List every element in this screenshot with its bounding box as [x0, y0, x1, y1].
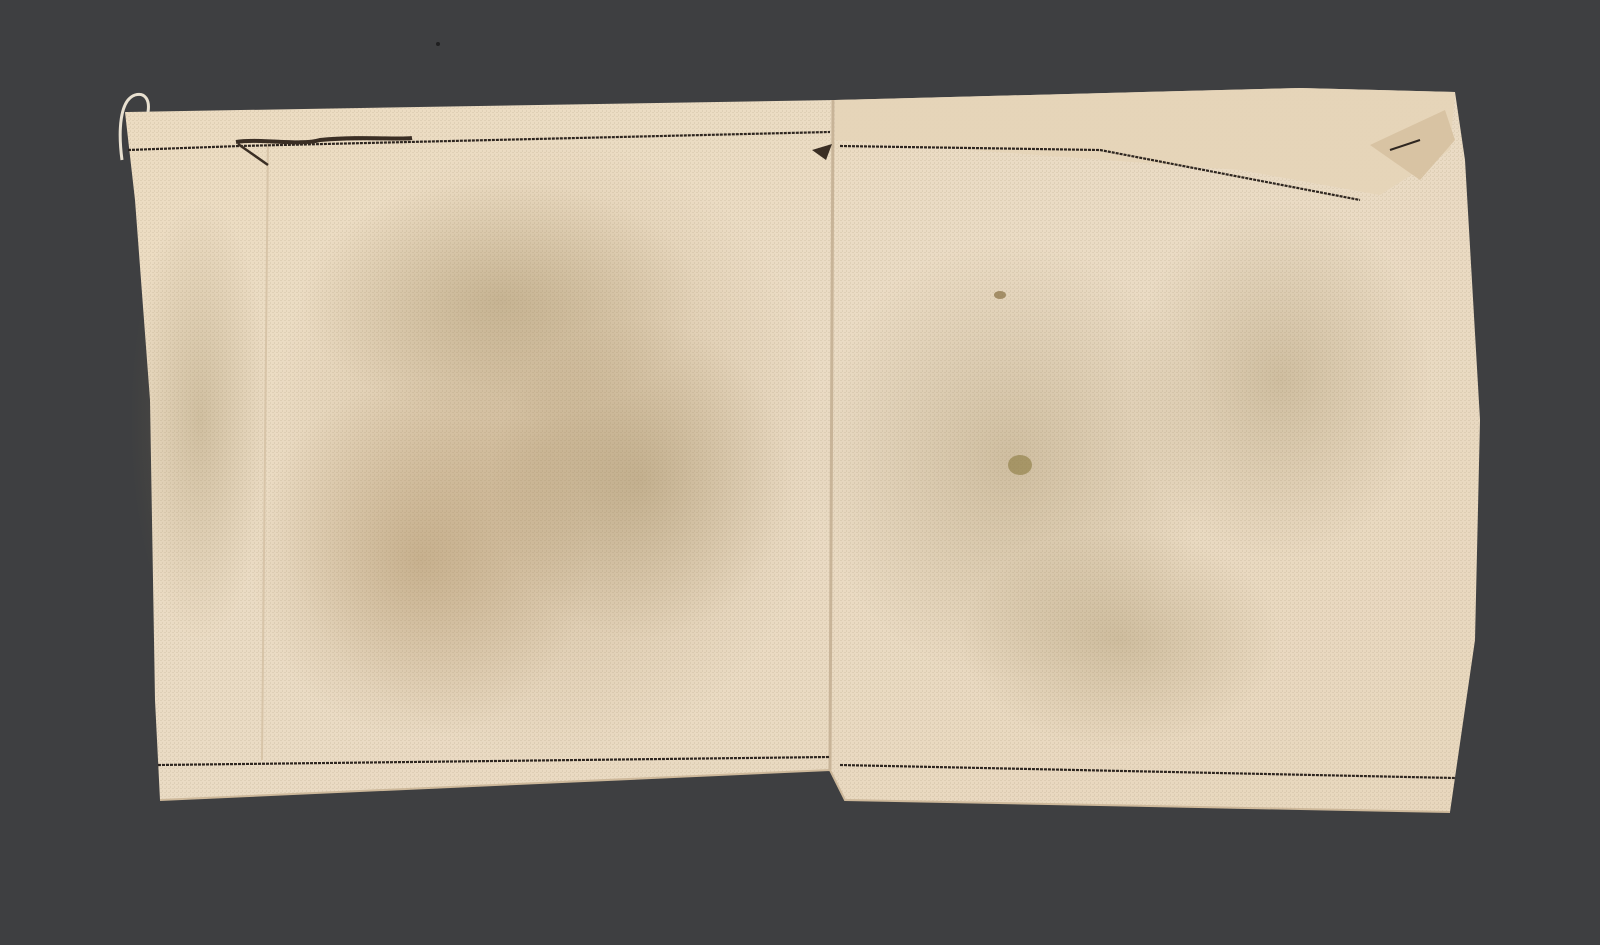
background-speck [436, 42, 440, 46]
photo-scene [0, 0, 1600, 945]
armband [125, 88, 1480, 812]
armband-illustration [0, 0, 1600, 945]
